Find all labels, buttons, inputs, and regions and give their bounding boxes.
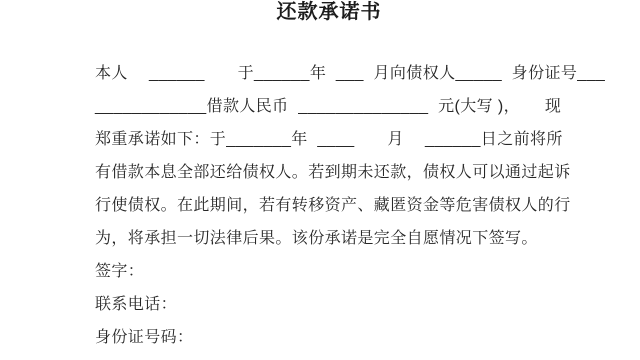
repayment-commitment-document: 还款承诺书 本人 ______ 于______年 ___ 月向债权人_____ … <box>0 0 640 360</box>
document-line-id-number-label: 身份证号码： <box>95 321 615 354</box>
document-line-liability-clause: 为，将承担一切法律后果。该份承诺是完全自愿情况下签写。 <box>95 222 615 255</box>
document-line-promise-date: 郑重承诺如下：于_______年 ____ 月 ______日之前将所 <box>95 123 615 156</box>
document-line-loan-amount: ____________借款人民币 ______________ 元(大写 )，… <box>95 90 615 123</box>
document-title: 还款承诺书 <box>0 0 640 24</box>
document-line-signature-label: 签字： <box>95 255 615 288</box>
document-line-rights-clause: 行使债权。在此期间，若有转移资产、藏匿资金等危害债权人的行 <box>95 189 615 222</box>
document-line-repay-clause: 有借款本息全部还给债权人。若到期未还款，债权人可以通过起诉 <box>95 156 615 189</box>
document-body: 本人 ______ 于______年 ___ 月向债权人_____ 身份证号__… <box>95 57 615 354</box>
document-line-borrower-info: 本人 ______ 于______年 ___ 月向债权人_____ 身份证号__… <box>95 57 615 90</box>
document-line-phone-label: 联系电话： <box>95 288 615 321</box>
